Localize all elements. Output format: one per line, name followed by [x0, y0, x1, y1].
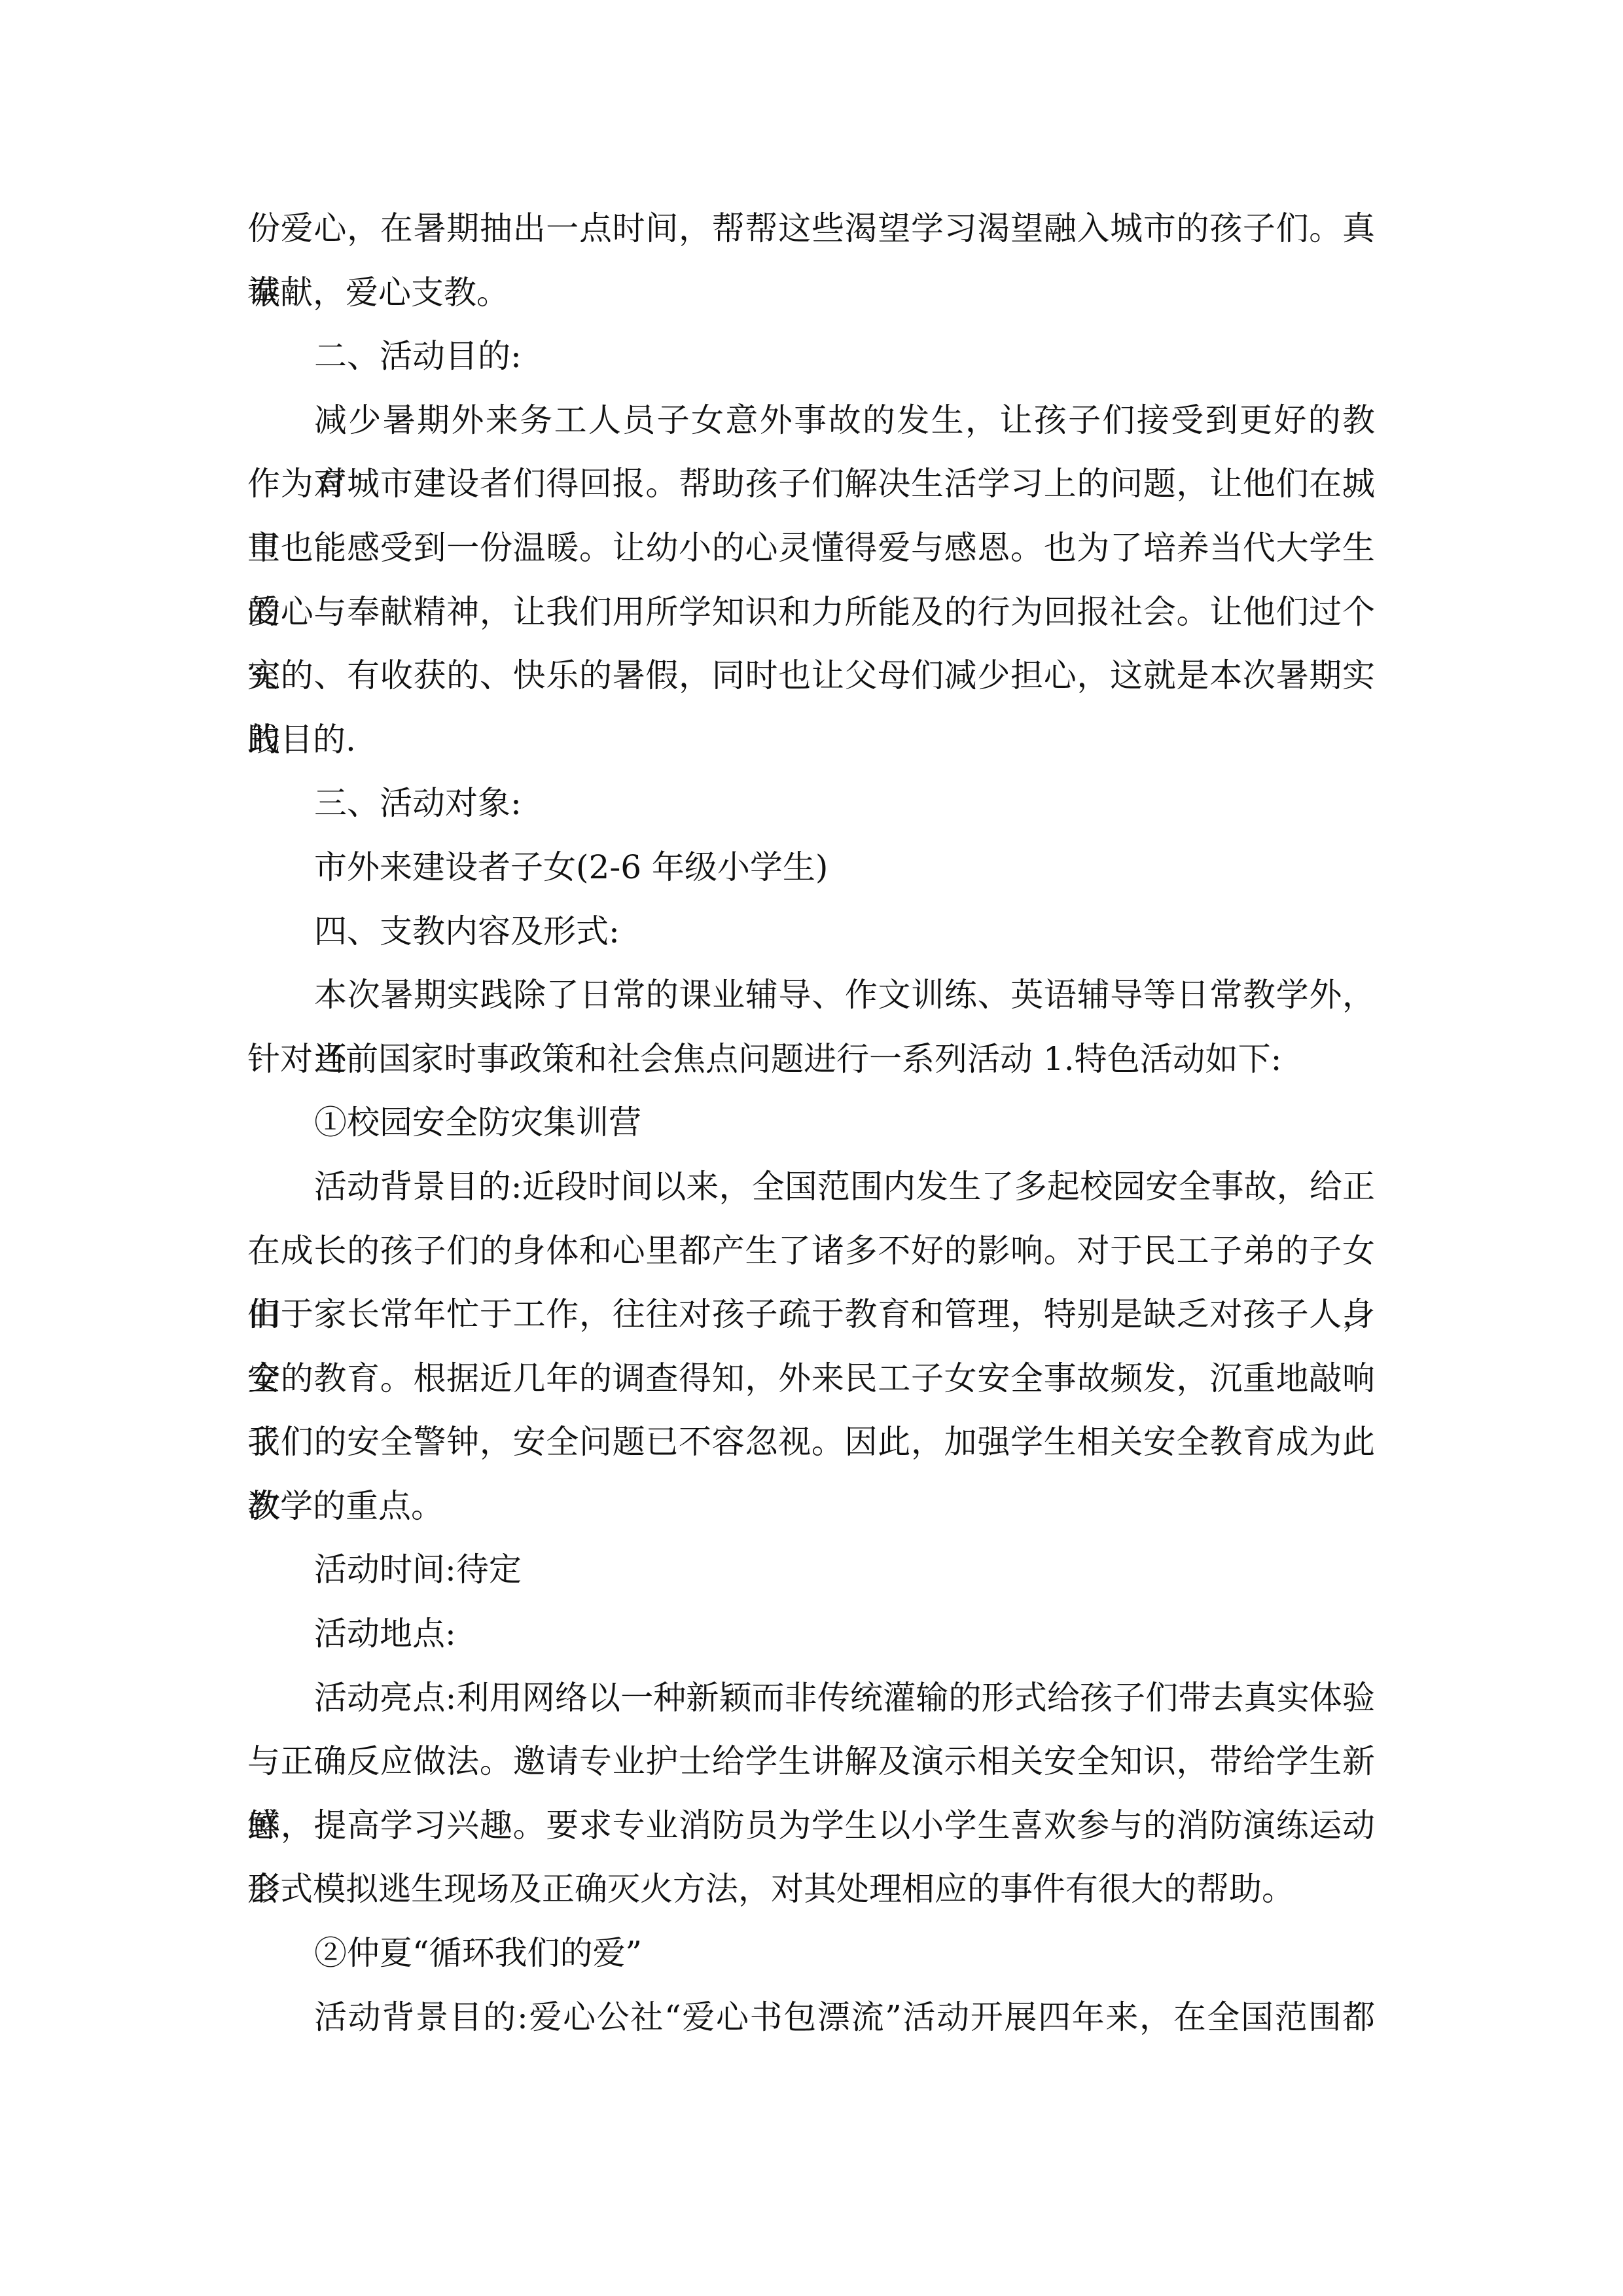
text-line: 奉献，爱心支教。 [247, 261, 1375, 325]
section-heading-targets: 三、活动对象: [247, 772, 1375, 836]
text-line: 活动亮点:利用网络以一种新颖而非传统灌输的形式给孩子们带去真实体验 [247, 1666, 1375, 1731]
text-line: 形式模拟逃生现场及正确灭火方法，对其处理相应的事件有很大的帮助。 [247, 1857, 1375, 1922]
text-line: 份爱心，在暑期抽出一点时间，帮帮这些渴望学习渴望融入城市的孩子们。真诚 [247, 197, 1375, 261]
text-line: 作为对城市建设者们得回报。帮助孩子们解决生活学习上的问题，让他们在城市 [247, 452, 1375, 516]
text-line: 针对当前国家时事政策和社会焦点问题进行一系列活动 1.特色活动如下: [247, 1028, 1375, 1092]
text-line: 市外来建设者子女(2-6 年级小学生) [247, 836, 1375, 900]
text-line: 活动背景目的:爱心公社“爱心书包漂流”活动开展四年来，在全国范围都 [247, 1986, 1375, 2050]
activity-heading-1: ①校园安全防灾集训营 [247, 1091, 1375, 1155]
text-line: 教学的重点。 [247, 1475, 1375, 1539]
section-heading-goals: 二、活动目的: [247, 325, 1375, 389]
text-line: 全的教育。根据近几年的调查得知，外来民工子女安全事故频发，沉重地敲响了 [247, 1347, 1375, 1411]
text-line: 本次暑期实践除了日常的课业辅导、作文训练、英语辅导等日常教学外，还 [247, 963, 1375, 1028]
activity-location: 活动地点: [247, 1602, 1375, 1666]
text-line: 爱心与奉献精神，让我们用所学知识和力所能及的行为回报社会。让他们过个充 [247, 581, 1375, 645]
text-line: 与正确反应做法。邀请专业护士给学生讲解及演示相关安全知识，带给学生新鲜 [247, 1730, 1375, 1794]
text-line: 由于家长常年忙于工作，往往对孩子疏于教育和管理，特别是缺乏对孩子人身安 [247, 1283, 1375, 1347]
document-page: 份爱心，在暑期抽出一点时间，帮帮这些渴望学习渴望融入城市的孩子们。真诚 奉献，爱… [0, 0, 1623, 2296]
text-line: 我们的安全警钟，安全问题已不容忽视。因此，加强学生相关安全教育成为此次 [247, 1410, 1375, 1475]
text-line: 活动背景目的:近段时间以来，全国范围内发生了多起校园安全事故，给正 [247, 1155, 1375, 1219]
text-line: 在成长的孩子们的身体和心里都产生了诸多不好的影响。对于民工子弟的子女们， [247, 1219, 1375, 1283]
section-heading-content: 四、支教内容及形式: [247, 900, 1375, 964]
activity-time: 活动时间:待定 [247, 1538, 1375, 1602]
text-line: 里也能感受到一份温暖。让幼小的心灵懂得爱与感恩。也为了培养当代大学生的 [247, 516, 1375, 581]
text-line: 的目的. [247, 708, 1375, 772]
text-line: 减少暑期外来务工人员子女意外事故的发生，让孩子们接受到更好的教育。 [247, 389, 1375, 453]
text-line: 感，提高学习兴趣。要求专业消防员为学生以小学生喜欢参与的消防演练运动会 [247, 1794, 1375, 1858]
activity-heading-2: ②仲夏“循环我们的爱” [247, 1922, 1375, 1986]
body-text: 份爱心，在暑期抽出一点时间，帮帮这些渴望学习渴望融入城市的孩子们。真诚 奉献，爱… [247, 197, 1375, 2049]
text-line: 实的、有收获的、快乐的暑假，同时也让父母们减少担心，这就是本次暑期实践 [247, 644, 1375, 708]
